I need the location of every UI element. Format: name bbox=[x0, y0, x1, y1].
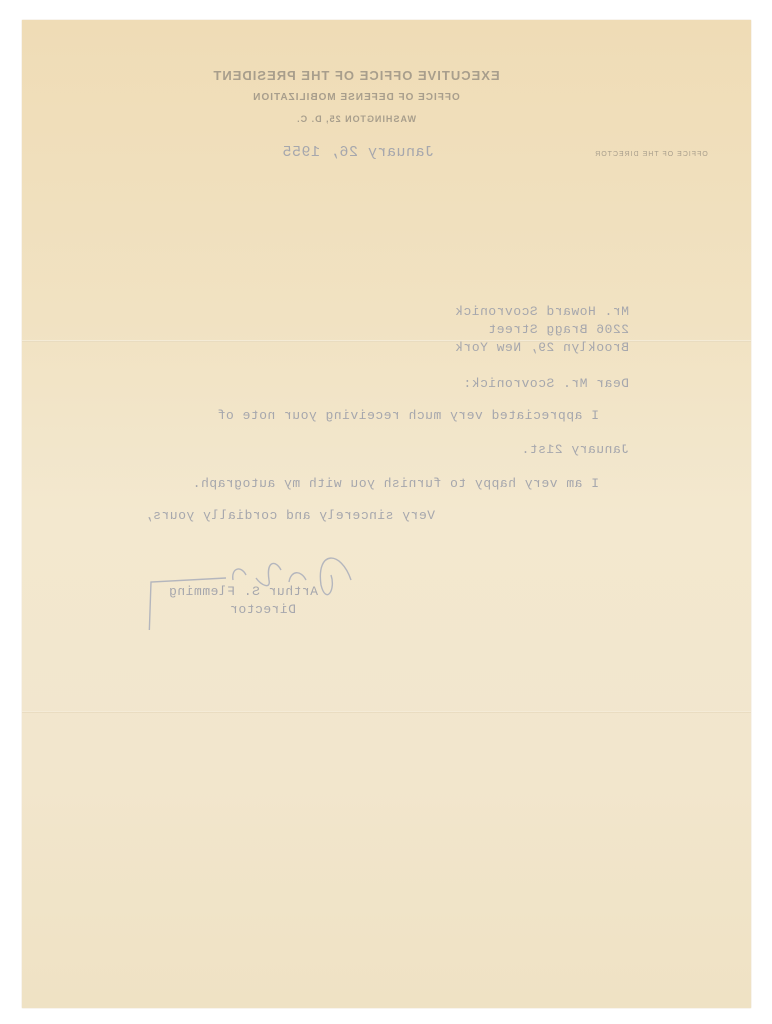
body-line-1: I appreciated very much receiving your n… bbox=[217, 408, 599, 423]
salutation: Dear Mr. Scovronick: bbox=[463, 376, 629, 391]
recipient-city: Brooklyn 29, New York bbox=[455, 340, 629, 355]
signer-name: Arthur S. Flemming bbox=[169, 584, 318, 599]
letterhead-line3: WASHINGTON 25, D. C. bbox=[166, 114, 546, 124]
letterhead-line2: OFFICE OF DEFENSE MOBILIZATION bbox=[166, 92, 546, 103]
body-line-2: January 21st. bbox=[521, 442, 629, 457]
letter-date: January 26, 1955 bbox=[282, 144, 434, 161]
recipient-street: 2206 Bragg Street bbox=[488, 322, 629, 337]
office-of-director-label: OFFICE OF THE DIRECTOR bbox=[561, 151, 741, 158]
mirrored-content: EXECUTIVE OFFICE OF THE PRESIDENT OFFICE… bbox=[22, 20, 751, 1008]
letterhead-line1: EXECUTIVE OFFICE OF THE PRESIDENT bbox=[166, 68, 546, 83]
signer-title: Director bbox=[230, 602, 296, 617]
body-line-3: I am very happy to furnish you with my a… bbox=[192, 476, 599, 491]
letter-page: EXECUTIVE OFFICE OF THE PRESIDENT OFFICE… bbox=[22, 20, 751, 1008]
closing: Very sincerely and cordially yours, bbox=[144, 508, 435, 523]
recipient-name: Mr. Howard Scovronick bbox=[455, 304, 629, 319]
